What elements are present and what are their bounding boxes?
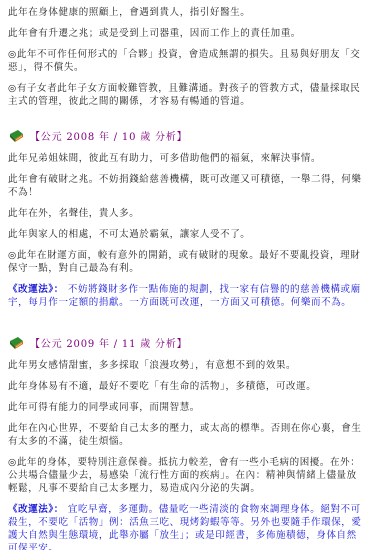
book-icon <box>8 336 24 350</box>
section-paragraph: ◎此年在財運方面，較有意外的開銷，或有破財的現象。最好不要亂投資，理財保守一點，… <box>8 249 364 275</box>
section-2009: 【公元 2009 年 / 11 歲 分析】 此年男女感情甜蜜，多多採取「浪漫攻勢… <box>8 335 364 550</box>
remedy-label: 《改運法》： <box>8 284 64 295</box>
intro-paragraph: 此年在身体健康的照顧上，會遇到貴人，指引好醫生。 <box>8 6 364 19</box>
section-paragraph: 此年兄弟姐妹間，彼此互有助力，可多借助他們的福氣，來解決事情。 <box>8 152 364 165</box>
section-heading-text: 【公元 2008 年 / 10 歲 分析】 <box>30 128 187 143</box>
section-paragraph: 此年在內心世界，不要給自己太多的壓力，或太高的標準。否則在你心裏，會生有太多的不… <box>8 422 364 448</box>
section-paragraph: 此年與家人的相處，不可太過於霸氣，讓家人受不了。 <box>8 228 364 241</box>
book-icon <box>8 129 24 143</box>
section-heading: 【公元 2008 年 / 10 歲 分析】 <box>8 128 364 143</box>
section-heading-text: 【公元 2009 年 / 11 歲 分析】 <box>30 335 187 350</box>
section-paragraph: ◎此年的身体，要特別注意保養。抵抗力較差，會有一些小毛病的困擾。在外：公共場合儘… <box>8 456 364 495</box>
remedy-paragraph: 《改運法》：宜吃早齋，多運動。儘量吃一些清淡的食物來調理身体。絕對不可殺生，不要… <box>8 503 364 550</box>
section-paragraph: 此年男女感情甜蜜，多多採取「浪漫攻勢」，有意想不到的效果。 <box>8 359 364 372</box>
section-paragraph: 此年在外，名聲佳，貴人多。 <box>8 207 364 220</box>
section-paragraph: 此年可得有能力的同學或同事，而開智慧。 <box>8 401 364 414</box>
remedy-label: 《改運法》： <box>8 504 64 515</box>
intro-paragraph: 此年會有升遷之兆；或是受到上司器重，因而工作上的責任加重。 <box>8 27 364 40</box>
remedy-paragraph: 《改運法》：不妨將錢財多作一點佈施的規劃，找一家有信譽的的慈善機構或廟宇，每月作… <box>8 283 364 309</box>
intro-paragraph: ◎有子女者此年子女方面較難管教，且難溝通。對孩子的管教方式，儘量採取民主式的管理… <box>8 82 364 108</box>
section-heading: 【公元 2009 年 / 11 歲 分析】 <box>8 335 364 350</box>
section-paragraph: 此年身体易有不適，最好不要吃「有生命的活物」，多積德，可改運。 <box>8 380 364 393</box>
intro-paragraph: ◎此年不可作任何形式的「合夥」投資，會造成無謂的損失。且易與好朋友「交惡」，得不… <box>8 48 364 74</box>
section-paragraph: 此年會有破財之兆。不妨捐錢給慈善機構，既可改運又可積德，一舉二得，何樂不為！ <box>8 173 364 199</box>
section-2008: 【公元 2008 年 / 10 歲 分析】 此年兄弟姐妹間，彼此互有助力，可多借… <box>8 128 364 309</box>
page-content: 此年在身体健康的照顧上，會遇到貴人，指引好醫生。 此年會有升遷之兆；或是受到上司… <box>0 0 372 550</box>
